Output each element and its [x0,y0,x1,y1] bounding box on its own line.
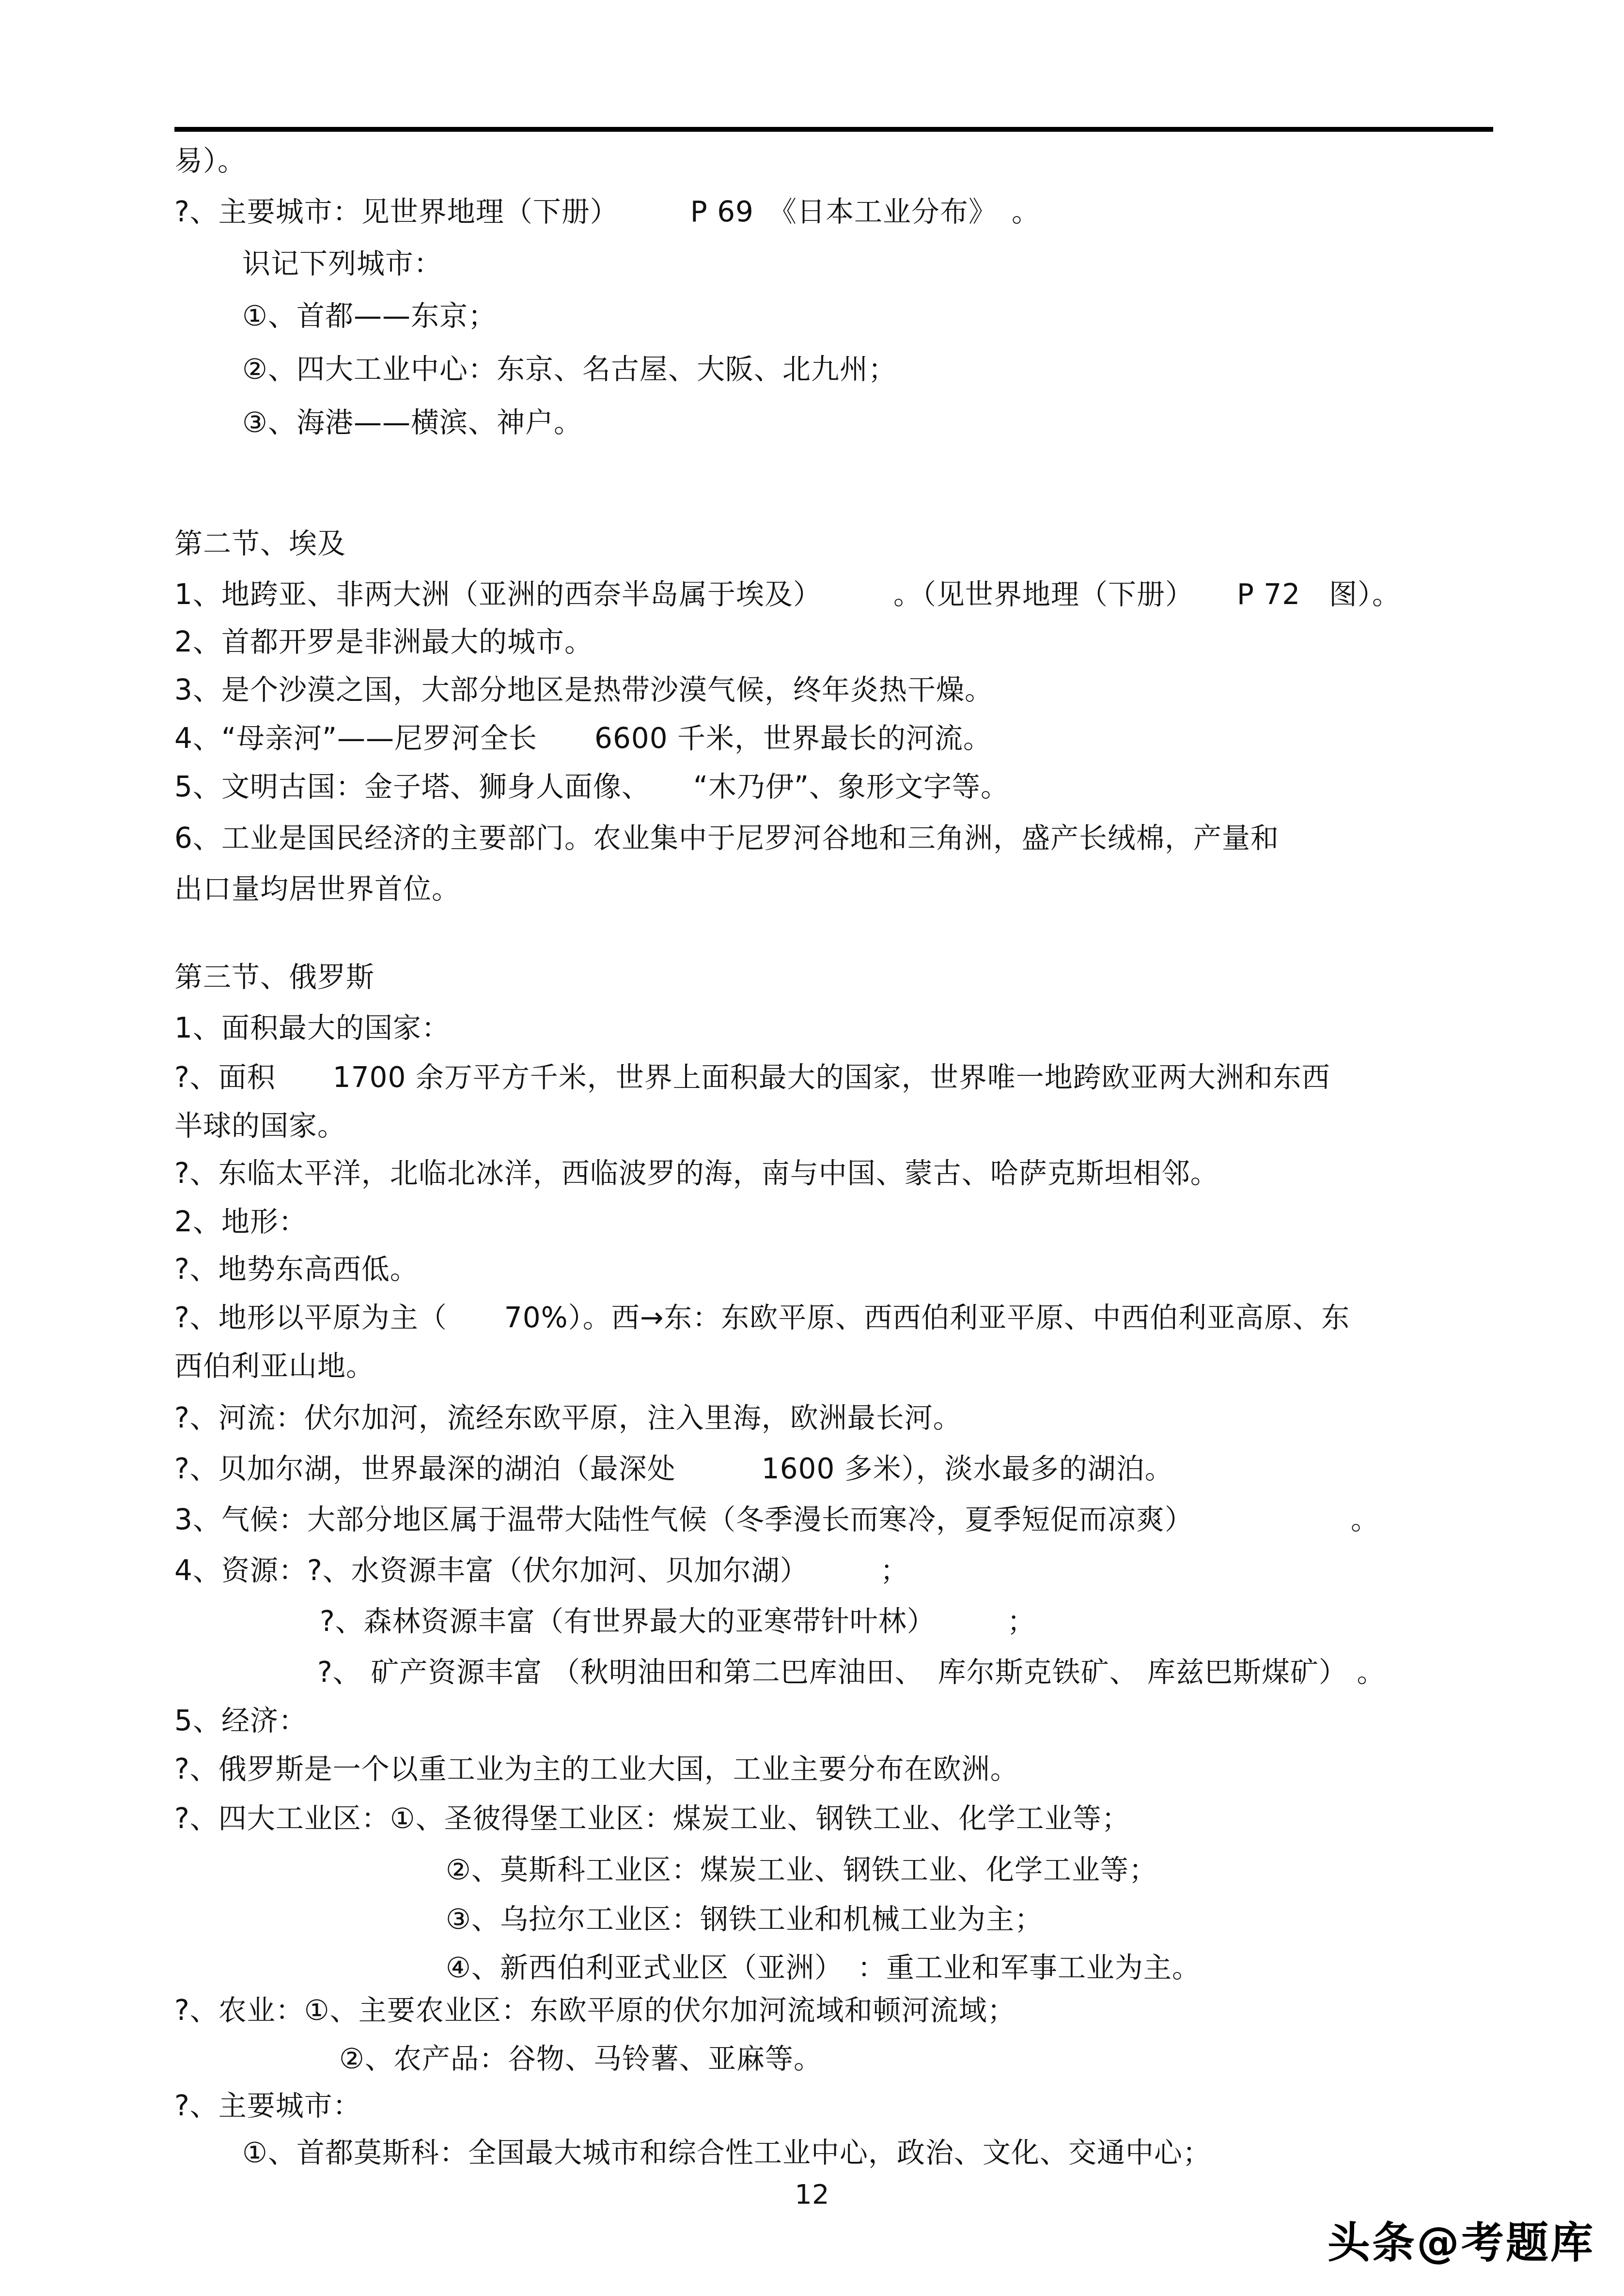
text-line: ?、主要城市：见世界地理（下册） P 69 《日本工业分布》 。 [174,196,1040,227]
text-line: 2、地形： [174,1206,307,1237]
text-line: ?、农业：①、主要农业区：东欧平原的伏尔加河流域和顿河流域； [174,1995,1016,2026]
section-heading-russia: 第三节、俄罗斯 [174,962,375,993]
watermark: 头条@考题库 [1327,2209,1595,2270]
text-line: 3、是个沙漠之国，大部分地区是热带沙漠气候，终年炎热干燥。 [174,674,993,705]
section-heading-egypt: 第二节、埃及 [174,528,346,559]
text-line: ?、 矿产资源丰富 （秋明油田和第二巴库油田、 库尔斯克铁矿、 库兹巴斯煤矿） … [317,1657,1386,1688]
list-item: ①、首都莫斯科：全国最大城市和综合性工业中心，政治、文化、交通中心； [242,2137,1211,2168]
text-line: 2、首都开罗是非洲最大的城市。 [174,626,593,657]
text-line: 5、经济： [174,1705,307,1736]
text-line: 出口量均居世界首位。 [174,873,460,904]
text-line: 6、工业是国民经济的主要部门。农业集中于尼罗河谷地和三角洲，盛产长绒棉，产量和 [174,822,1279,853]
text-line: ?、四大工业区：①、圣彼得堡工业区：煤炭工业、钢铁工业、化学工业等； [174,1803,1130,1834]
text-line: ?、面积 1700 余万平方千米，世界上面积最大的国家，世界唯一地跨欧亚两大洲和… [174,1062,1330,1093]
list-item: ②、四大工业中心：东京、名古屋、大阪、北九州； [242,354,897,385]
list-item: ③、海港——横滨、神户。 [242,407,582,438]
text-line: ?、东临太平洋，北临北冰洋，西临波罗的海，南与中国、蒙古、哈萨克斯坦相邻。 [174,1158,1219,1189]
list-item: ①、首都——东京； [242,300,497,331]
text-line: 5、文明古国：金子塔、狮身人面像、 “木乃伊”、象形文字等。 [174,771,1009,802]
page-number: 12 [0,2179,1624,2210]
header-rule-divider [174,127,1493,132]
text-line: 西伯利亚山地。 [174,1350,375,1381]
text-line: 1、面积最大的国家： [174,1012,450,1043]
text-line: 4、资源：?、水资源丰富（伏尔加河、贝加尔湖） ； [174,1555,909,1586]
text-line: ?、河流：伏尔加河，流经东欧平原，注入里海，欧洲最长河。 [174,1402,962,1433]
text-line: ?、地势东高西低。 [174,1254,419,1285]
text-line: ?、贝加尔湖，世界最深的湖泊（最深处 1600 多米），淡水最多的湖泊。 [174,1453,1173,1484]
list-item: ②、莫斯科工业区：煤炭工业、钢铁工业、化学工业等； [446,1854,1157,1885]
text-line: 易）。 [174,145,246,176]
text-line: 4、“母亲河”——尼罗河全长 6600 千米，世界最长的河流。 [174,723,992,754]
document-page: 易）。 ?、主要城市：见世界地理（下册） P 69 《日本工业分布》 。 识记下… [0,0,1624,2296]
list-item: ③、乌拉尔工业区：钢铁工业和机械工业为主； [446,1904,1043,1935]
text-line: ?、森林资源丰富（有世界最大的亚寒带针叶林） ； [320,1606,1036,1637]
text-line: ?、俄罗斯是一个以重工业为主的工业大国，工业主要分布在欧洲。 [174,1753,1019,1784]
text-line: 半球的国家。 [174,1110,346,1141]
list-item: ④、新西伯利亚式业区（亚洲） ：重工业和军事工业为主。 [446,1952,1201,1983]
text-line: 3、气候：大部分地区属于温带大陆性气候（冬季漫长而寒冷，夏季短促而凉爽） 。 [174,1504,1379,1535]
list-item: ②、农产品：谷物、马铃薯、亚麻等。 [339,2043,822,2074]
text-line: ?、主要城市： [174,2090,361,2121]
text-line: 1、地跨亚、非两大洲（亚洲的西奈半岛属于埃及） 。（见世界地理（下册） P 72… [174,579,1401,610]
text-line: ?、地形以平原为主（ 70%）。西→东：东欧平原、西西伯利亚平原、中西伯利亚高原… [174,1302,1350,1333]
text-line: 识记下列城市： [242,248,442,279]
